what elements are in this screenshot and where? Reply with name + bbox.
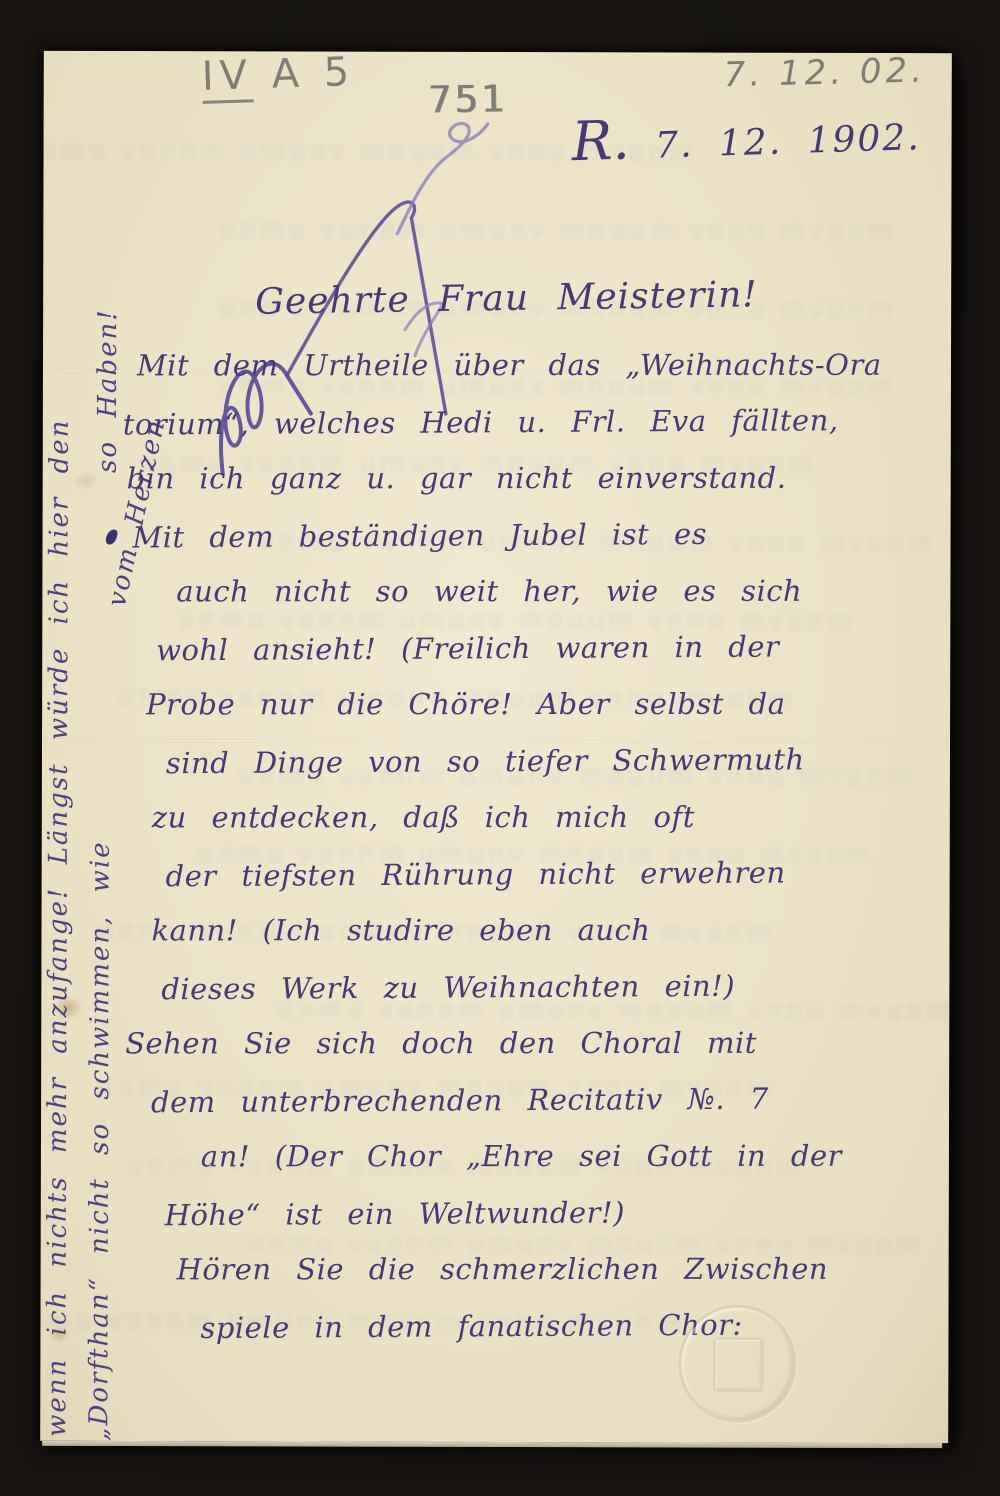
salutation: Geehrte Frau Meisterin! [255,274,758,322]
archive-mark-rest: A 5 [271,49,356,98]
letter-line: dem unterbrechenden Recitativ №. 7 [99,1080,947,1142]
letter-line: kann! (Ich studire eben auch [99,913,947,970]
letter-line: Hören Sie die schmerzlichen Zwischen [99,1252,947,1309]
archive-mark: IV A 5 [201,49,356,100]
archive-mark-roman: IV [201,52,254,104]
letter-page: mnuvm unnv muunm vnumu mnnuv umnumnuvm u… [40,51,952,1443]
letter-line: Mit dem Urtheile über das „Weihnachts-Or… [101,348,949,405]
letter-line: Mit dem beständigen Jubel ist es [100,515,948,577]
letter-line: wohl ansieht! (Freilich waren in der [100,628,948,690]
embossed-seal-core [713,1338,763,1392]
letter-line: sind Dinge von so tiefer Schwermuth [100,741,948,803]
letter-body: Mit dem Urtheile über das „Weihnachts-Or… [98,347,949,1366]
marginalia-outer-line: wenn ich nichts mehr anzufange! Längst w… [42,147,75,1437]
letter-line: Probe nur die Chöre! Aber selbst da [100,687,948,744]
letter-line: Sehen Sie sich doch den Choral mit [99,1026,947,1083]
letter-line: der tiefsten Rührung nicht erwehren [99,854,947,916]
dateline-date: 7. 12. 1902. [654,117,921,167]
letter-line: an! (Der Chor „Ehre sei Gott in der [99,1139,947,1196]
letter-line: spiele in dem fanatischen Chor: [98,1306,946,1368]
letter-line: Höhe“ ist ein Weltwunder!) [99,1193,947,1255]
embossed-seal-icon [678,1304,796,1422]
letter-line: zu entdecken, daß ich mich oft [100,800,948,857]
letter-line: torium“, welches Hedi u. Frl. Eva fällte… [101,402,949,464]
letter-line: dieses Werk zu Weihnachten ein!) [99,967,947,1029]
dateline: R. 7. 12. 1902. [571,99,922,173]
dateline-place-initial: R. [571,108,631,173]
letter-line: auch nicht so weit her, wie es sich [100,574,948,631]
letter-line: bin ich ganz u. gar nicht einverstand. [101,461,949,518]
pencil-date-note: 7. 12. 02. [723,50,926,95]
